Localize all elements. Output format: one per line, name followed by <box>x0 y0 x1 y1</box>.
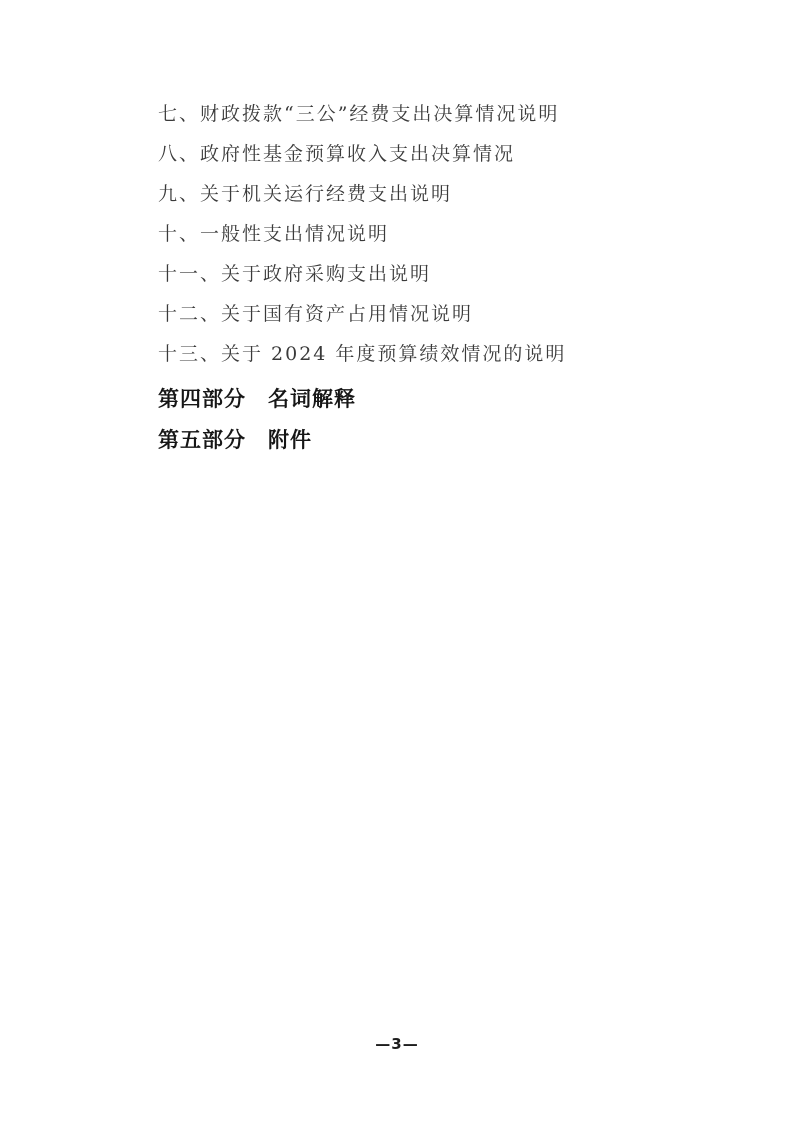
table-of-contents: 七、财政拨款“三公”经费支出决算情况说明 八、政府性基金预算收入支出决算情况 九… <box>158 94 734 461</box>
toc-item: 八、政府性基金预算收入支出决算情况 <box>158 134 734 174</box>
toc-item: 十二、关于国有资产占用情况说明 <box>158 294 734 334</box>
toc-item: 九、关于机关运行经费支出说明 <box>158 174 734 214</box>
toc-item: 十一、关于政府采购支出说明 <box>158 254 734 294</box>
document-page: 七、财政拨款“三公”经费支出决算情况说明 八、政府性基金预算收入支出决算情况 九… <box>0 0 794 1123</box>
toc-list: 七、财政拨款“三公”经费支出决算情况说明 八、政府性基金预算收入支出决算情况 九… <box>158 94 734 374</box>
toc-item: 七、财政拨款“三公”经费支出决算情况说明 <box>158 94 734 134</box>
page-number: —3— <box>375 1035 418 1053</box>
section-heading-part5: 第五部分 附件 <box>158 420 734 461</box>
toc-item: 十、一般性支出情况说明 <box>158 214 734 254</box>
page-footer: —3— <box>0 1034 794 1053</box>
section-heading-part4: 第四部分 名词解释 <box>158 379 734 420</box>
toc-item: 十三、关于 2024 年度预算绩效情况的说明 <box>158 334 734 374</box>
